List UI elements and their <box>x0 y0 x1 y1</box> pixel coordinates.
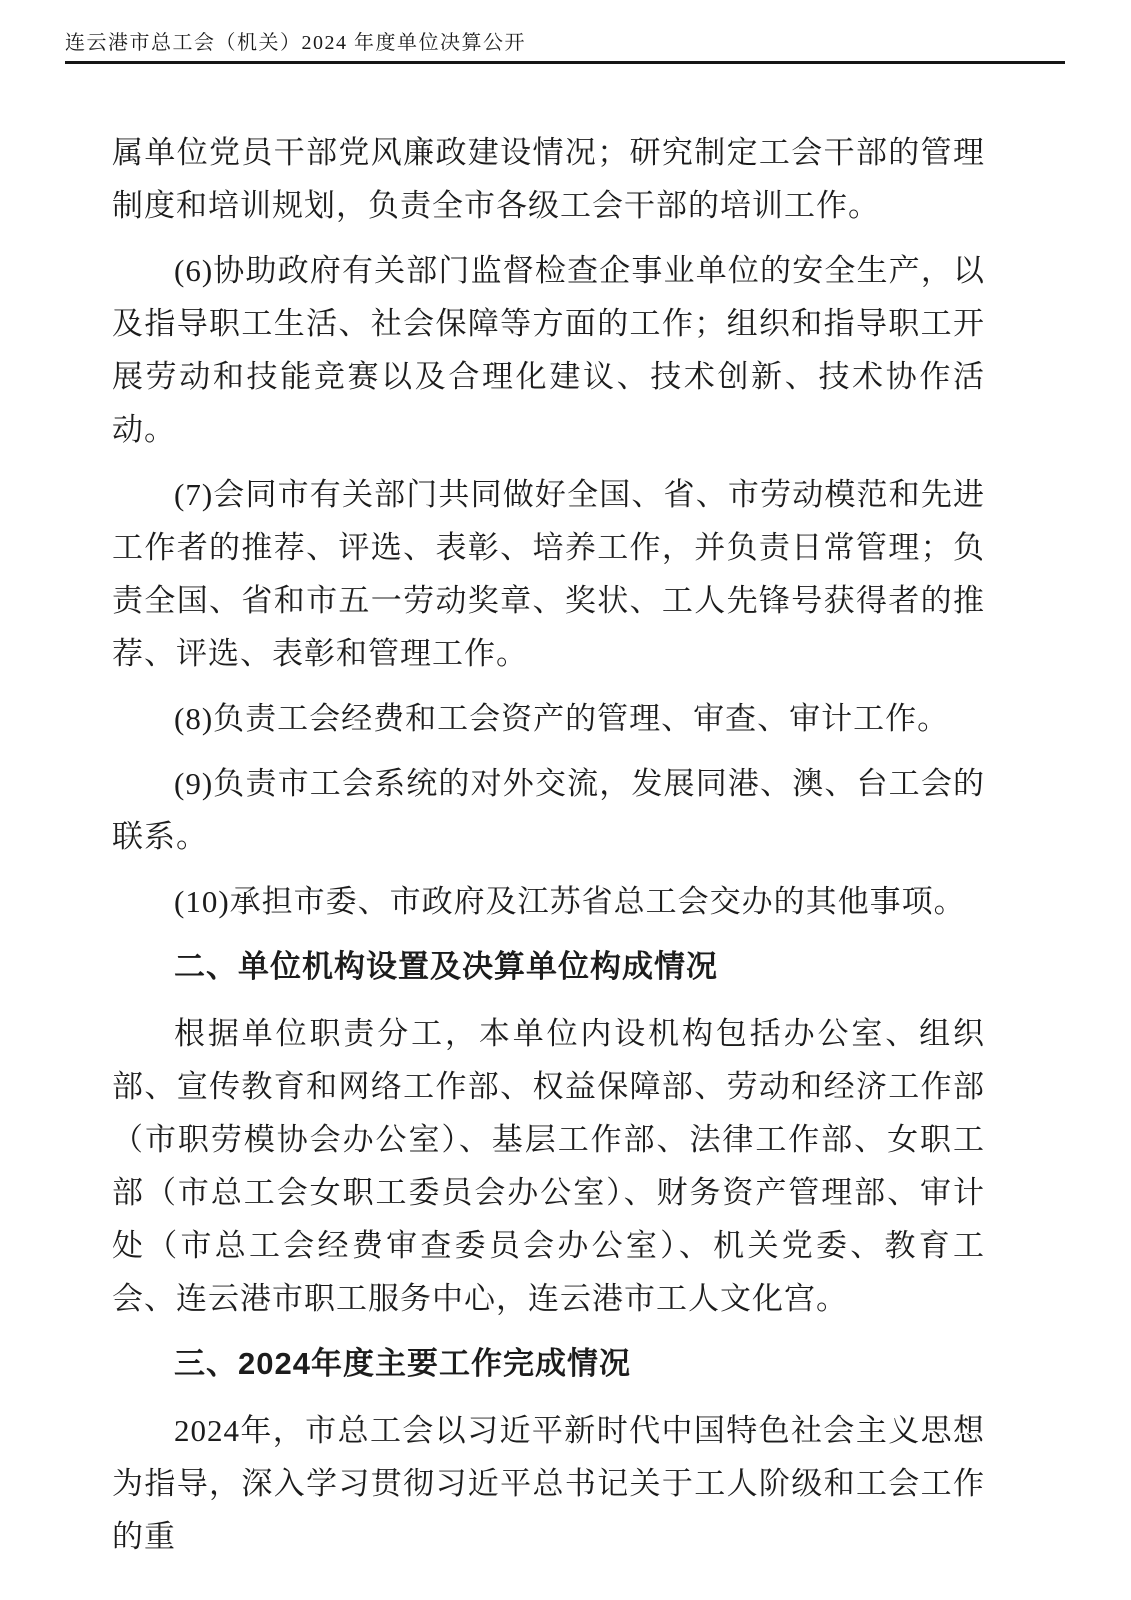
section-heading-3: 三、2024年度主要工作完成情况 <box>112 1337 985 1390</box>
paragraph-continuation: 属单位党员干部党风廉政建设情况；研究制定工会干部的管理制度和培训规划，负责全市各… <box>112 126 985 232</box>
paragraph-item-7: (7)会同市有关部门共同做好全国、省、市劳动模范和先进工作者的推荐、评选、表彰、… <box>112 468 985 680</box>
paragraph-2024-work: 2024年，市总工会以习近平新时代中国特色社会主义思想为指导，深入学习贯彻习近平… <box>112 1404 985 1563</box>
paragraph-item-6: (6)协助政府有关部门监督检查企事业单位的安全生产，以及指导职工生活、社会保障等… <box>112 244 985 456</box>
document-body: 属单位党员干部党风廉政建设情况；研究制定工会干部的管理制度和培训规划，负责全市各… <box>112 126 985 1575</box>
paragraph-item-8: (8)负责工会经费和工会资产的管理、审查、审计工作。 <box>112 692 985 745</box>
paragraph-item-9: (9)负责市工会系统的对外交流，发展同港、澳、台工会的联系。 <box>112 757 985 863</box>
header-title: 连云港市总工会（机关）2024 年度单位决算公开 <box>65 32 526 54</box>
document-page: 连云港市总工会（机关）2024 年度单位决算公开 属单位党员干部党风廉政建设情况… <box>0 0 1131 1600</box>
section-heading-2: 二、单位机构设置及决算单位构成情况 <box>112 940 985 993</box>
paragraph-item-10: (10)承担市委、市政府及江苏省总工会交办的其他事项。 <box>112 875 985 928</box>
page-header: 连云港市总工会（机关）2024 年度单位决算公开 <box>65 26 1065 64</box>
paragraph-org-structure: 根据单位职责分工，本单位内设机构包括办公室、组织部、宣传教育和网络工作部、权益保… <box>112 1007 985 1325</box>
